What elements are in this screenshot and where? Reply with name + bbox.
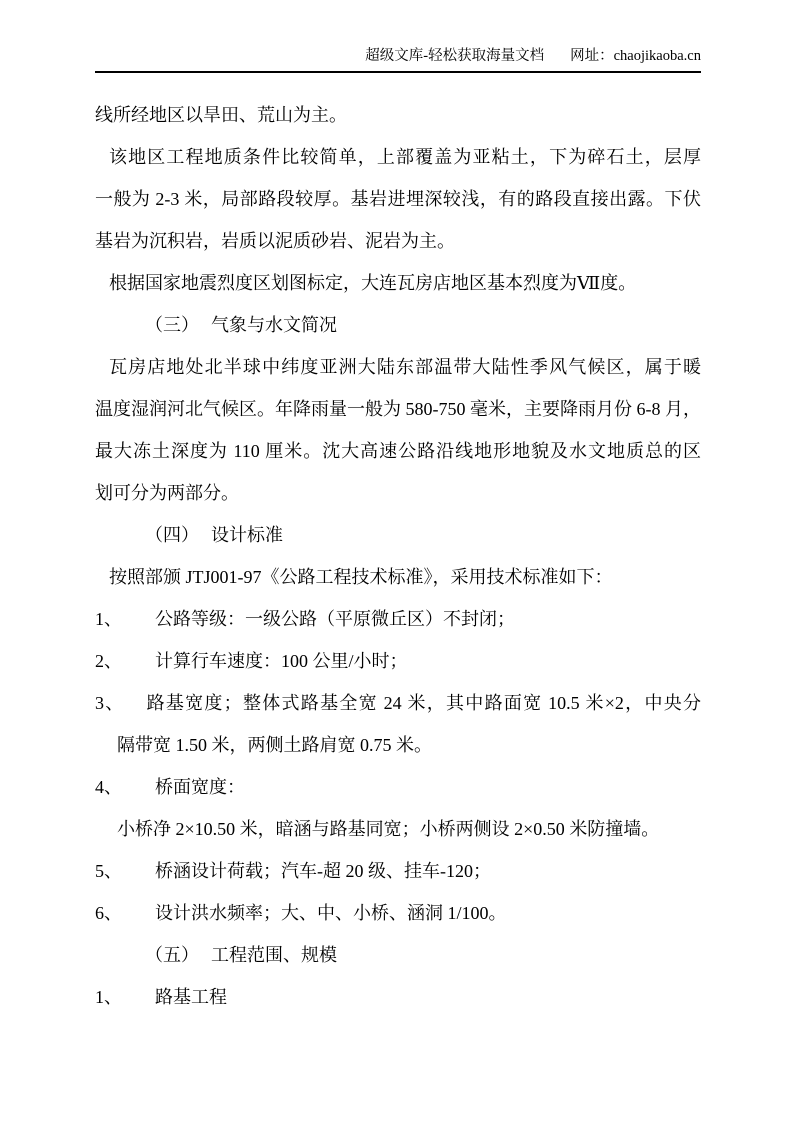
line-text: 设计洪水频率；大、中、小桥、涵洞 1/100。: [155, 903, 507, 923]
line-text: 根据国家地震烈度区划图标定，大连瓦房店地区基本烈度为Ⅶ度。: [109, 273, 636, 293]
paragraph-line: 划可分为两部分。: [95, 472, 701, 514]
list-item-line: 1、路基工程: [95, 976, 701, 1018]
line-text: 温度湿润河北气候区。年降雨量一般为 580-750 毫米，主要降雨月份 6-8 …: [95, 399, 701, 419]
line-text: 计算行车速度：100 公里/小时；: [155, 651, 408, 671]
list-item-line: 3、路基宽度；整体式路基全宽 24 米，其中路面宽 10.5 米×2，中央分: [95, 682, 701, 724]
line-text: 按照部颁 JTJ001-97《公路工程技术标准》，采用技术标准如下：: [109, 567, 613, 587]
section-heading: （三）气象与水文简况: [95, 304, 701, 346]
list-item-continuation-line: 隔带宽 1.50 米，两侧土路肩宽 0.75 米。: [95, 724, 701, 766]
paragraph-line: 温度湿润河北气候区。年降雨量一般为 580-750 毫米，主要降雨月份 6-8 …: [95, 388, 701, 430]
paragraph-line: 按照部颁 JTJ001-97《公路工程技术标准》，采用技术标准如下：: [95, 556, 701, 598]
list-number: 5、: [95, 850, 155, 892]
list-number: 4、: [95, 766, 155, 808]
line-text: 隔带宽 1.50 米，两侧土路肩宽 0.75 米。: [117, 735, 432, 755]
line-text: 公路等级：一级公路（平原微丘区）不封闭；: [155, 609, 515, 629]
list-item-continuation-line: 小桥净 2×10.50 米，暗涵与路基同宽；小桥两侧设 2×0.50 米防撞墙。: [95, 808, 701, 850]
section-number: （四）: [145, 525, 199, 545]
list-number: 1、: [95, 976, 155, 1018]
line-text: 该地区工程地质条件比较简单，上部覆盖为亚粘土，下为碎石土，层厚: [109, 147, 701, 167]
line-text: 最大冻土深度为 110 厘米。沈大高速公路沿线地形地貌及水文地质总的区: [95, 441, 701, 461]
paragraph-line: 该地区工程地质条件比较简单，上部覆盖为亚粘土，下为碎石土，层厚: [95, 136, 701, 178]
section-heading: （四）设计标准: [95, 514, 701, 556]
line-text: 桥涵设计荷载；汽车-超 20 级、挂车-120；: [155, 861, 491, 881]
section-number: （三）: [145, 315, 199, 335]
page-header: 超级文库-轻松获取海量文档网址：chaojikaoba.cn: [95, 46, 701, 66]
line-text: 路基宽度；整体式路基全宽 24 米，其中路面宽 10.5 米×2，中央分: [147, 693, 701, 713]
list-item-line: 5、桥涵设计荷载；汽车-超 20 级、挂车-120；: [95, 850, 701, 892]
header-brand: 超级文库-轻松获取海量文档: [365, 48, 544, 64]
header-rule: [95, 71, 701, 73]
section-title: 工程范围、规模: [211, 945, 337, 965]
section-title: 设计标准: [211, 525, 283, 545]
paragraph-line: 最大冻土深度为 110 厘米。沈大高速公路沿线地形地貌及水文地质总的区: [95, 430, 701, 472]
document-page: 超级文库-轻松获取海量文档网址：chaojikaoba.cn 线所经地区以旱田、…: [0, 0, 793, 1122]
line-text: 基岩为沉积岩，岩质以泥质砂岩、泥岩为主。: [95, 231, 455, 251]
line-text: 桥面宽度：: [155, 777, 245, 797]
line-text: 瓦房店地处北半球中纬度亚洲大陆东部温带大陆性季风气候区，属于暖: [109, 357, 701, 377]
section-heading: （五）工程范围、规模: [95, 934, 701, 976]
list-number: 2、: [95, 640, 155, 682]
list-number: 1、: [95, 598, 155, 640]
header-site-url: 网址：chaojikaoba.cn: [570, 48, 701, 64]
section-number: （五）: [145, 945, 199, 965]
list-item-line: 1、公路等级：一级公路（平原微丘区）不封闭；: [95, 598, 701, 640]
list-item-line: 6、设计洪水频率；大、中、小桥、涵洞 1/100。: [95, 892, 701, 934]
list-number: 3、: [95, 693, 147, 713]
line-text: 划可分为两部分。: [95, 483, 239, 503]
paragraph-line: 根据国家地震烈度区划图标定，大连瓦房店地区基本烈度为Ⅶ度。: [95, 262, 701, 304]
paragraph-line: 瓦房店地处北半球中纬度亚洲大陆东部温带大陆性季风气候区，属于暖: [95, 346, 701, 388]
line-text: 一般为 2-3 米，局部路段较厚。基岩进埋深较浅，有的路段直接出露。下伏: [95, 189, 701, 209]
list-number: 6、: [95, 892, 155, 934]
line-text: 路基工程: [155, 987, 227, 1007]
paragraph-line: 基岩为沉积岩，岩质以泥质砂岩、泥岩为主。: [95, 220, 701, 262]
list-item-line: 2、计算行车速度：100 公里/小时；: [95, 640, 701, 682]
paragraph-line: 线所经地区以旱田、荒山为主。: [95, 94, 701, 136]
line-text: 线所经地区以旱田、荒山为主。: [95, 105, 347, 125]
list-item-line: 4、桥面宽度：: [95, 766, 701, 808]
document-body: 线所经地区以旱田、荒山为主。 该地区工程地质条件比较简单，上部覆盖为亚粘土，下为…: [95, 94, 701, 1018]
paragraph-line: 一般为 2-3 米，局部路段较厚。基岩进埋深较浅，有的路段直接出露。下伏: [95, 178, 701, 220]
section-title: 气象与水文简况: [211, 315, 337, 335]
line-text: 小桥净 2×10.50 米，暗涵与路基同宽；小桥两侧设 2×0.50 米防撞墙。: [117, 819, 659, 839]
